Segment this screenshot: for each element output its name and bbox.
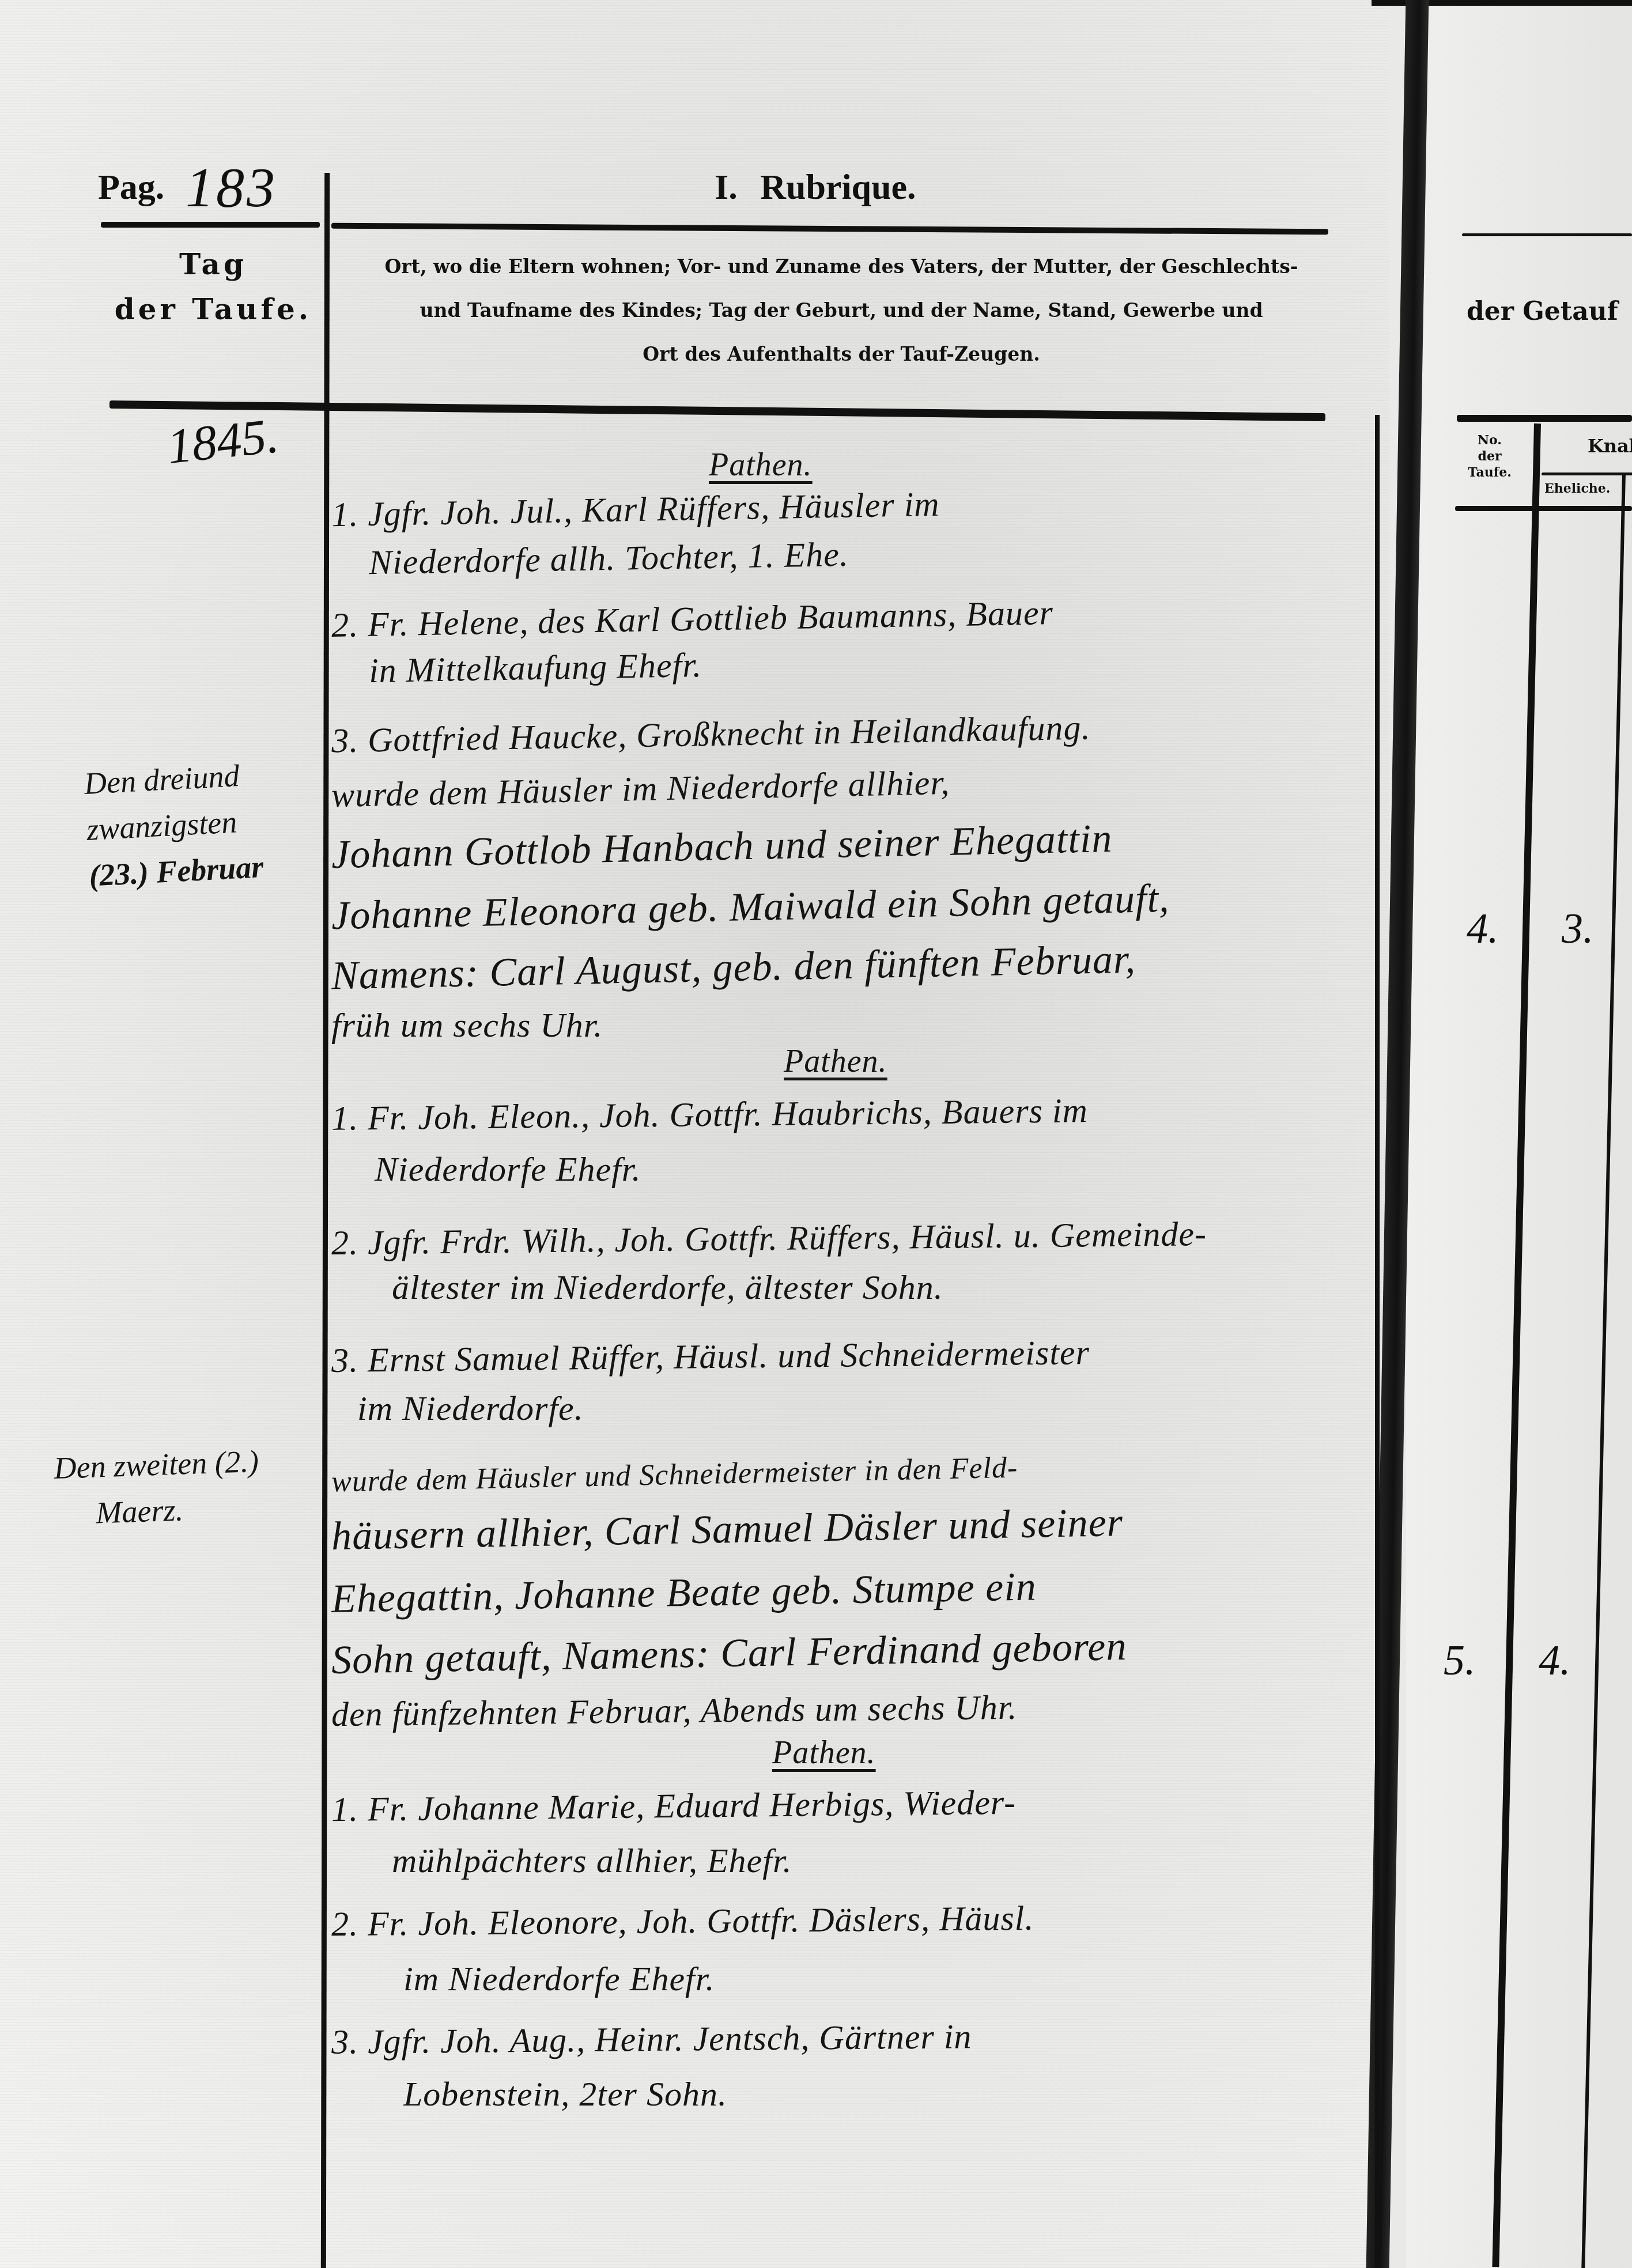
register-year: 1845. — [164, 406, 281, 475]
entry-line: im Niederdorfe. — [357, 1389, 584, 1428]
header-line: Ort des Aufenthalts der Tauf-Zeugen. — [346, 332, 1337, 376]
column-header-boys: Knab — [1588, 435, 1632, 457]
page-label: Pag. — [98, 167, 164, 208]
column-header-baptism-number: No. der Taufe. — [1452, 432, 1527, 481]
entry-section-heading: Pathen. — [784, 1043, 887, 1080]
header-line: der — [1452, 448, 1527, 464]
baptism-date-note: Den zweiten (2.) Maerz. — [53, 1436, 321, 1537]
column-header-details: Ort, wo die Eltern wohnen; Vor- und Zuna… — [346, 245, 1337, 376]
right-sub-rule — [1542, 472, 1632, 475]
entry-section-heading: Pathen. — [772, 1734, 876, 1771]
entry-line: 3. Jgfr. Joh. Aug., Heinr. Jentsch, Gärt… — [331, 2017, 972, 2062]
entry-section-heading: Pathen. — [709, 447, 813, 483]
right-header-bottom-rule — [1455, 506, 1632, 511]
entry-line: 2. Fr. Joh. Eleonore, Joh. Gottfr. Däsle… — [331, 1899, 1034, 1945]
page-number: 183 — [186, 156, 277, 220]
entry-line: mühlpächters allhier, Ehefr. — [392, 1841, 792, 1881]
right-column-group-title: der Getauf — [1467, 297, 1618, 326]
header-line: Tag — [104, 242, 323, 287]
page-right-border — [1375, 415, 1380, 2268]
entry-line: 3. Ernst Samuel Rüffer, Häusl. und Schne… — [331, 1333, 1090, 1381]
header-line: No. — [1452, 432, 1527, 448]
entry-line: früh um sechs Uhr. — [331, 1006, 603, 1045]
entry-line: den fünfzehnten Februar, Abends um sechs… — [331, 1688, 1018, 1734]
header-line: und Taufname des Kindes; Tag der Geburt,… — [346, 289, 1337, 332]
legitimate-boys-count: 4. — [1539, 1636, 1571, 1685]
right-header-mid-rule — [1457, 415, 1632, 422]
baptism-number: 5. — [1444, 1636, 1476, 1685]
date-line: Maerz. — [55, 1482, 322, 1537]
entry-line: Lobenstein, 2ter Sohn. — [403, 2074, 727, 2114]
entry-line: in Mittelkaufung Ehefr. — [368, 645, 702, 691]
baptism-number: 4. — [1467, 905, 1499, 954]
entry-line: ältester im Niederdorfe, ältester Sohn. — [392, 1268, 943, 1307]
legitimate-boys-count: 3. — [1562, 905, 1594, 954]
entry-line: 1. Fr. Joh. Eleon., Joh. Gottfr. Haubric… — [331, 1091, 1089, 1139]
entry-line: Niederdorfe allh. Tochter, 1. Ehe. — [368, 535, 849, 583]
column-header-date: Tag der Taufe. — [104, 242, 323, 332]
header-line: Ort, wo die Eltern wohnen; Vor- und Zuna… — [346, 245, 1337, 289]
header-top-rule-left — [101, 222, 320, 228]
section-title: I. Rubrique. — [715, 167, 916, 208]
header-line: Taufe. — [1452, 464, 1527, 481]
entry-line: 1. Fr. Johanne Marie, Eduard Herbigs, Wi… — [331, 1783, 1017, 1829]
entry-line: Niederdorfe Ehefr. — [375, 1150, 641, 1189]
header-line: der Taufe. — [104, 287, 323, 332]
column-header-legitimate: Eheliche. — [1544, 481, 1611, 496]
right-header-top-rule — [1462, 233, 1632, 236]
entry-line: im Niederdorfe Ehefr. — [403, 1959, 715, 1999]
baptism-date-note: Den dreiund zwanzigsten (23.) Februar — [83, 749, 309, 899]
